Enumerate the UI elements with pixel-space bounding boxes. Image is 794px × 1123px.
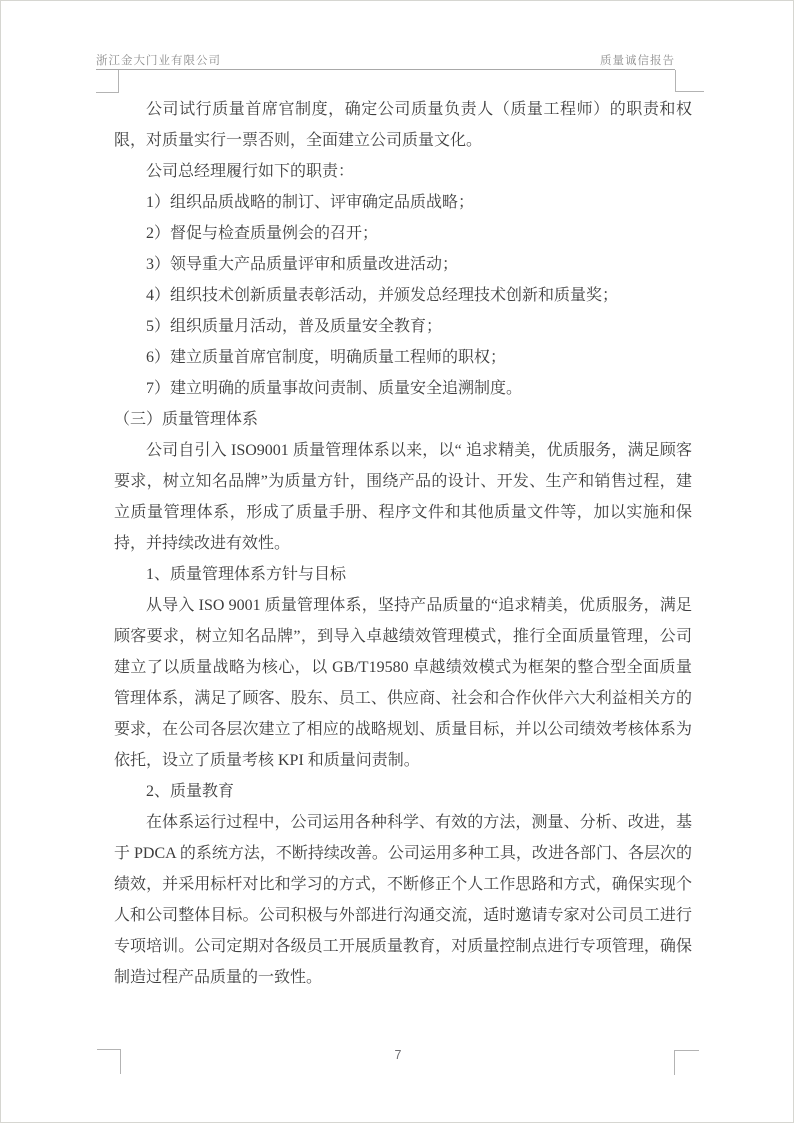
paragraph: 公司自引入 ISO9001 质量管理体系以来，以“ 追求精美，优质服务，满足顾客… xyxy=(114,435,692,559)
paragraph: 公司试行质量首席官制度，确定公司质量负责人（质量工程师）的职责和权限，对质量实行… xyxy=(114,94,692,156)
list-item: 1）组织品质战略的制订、评审确定品质战略； xyxy=(114,187,692,218)
header-company-name: 浙江金大门业有限公司 xyxy=(96,52,221,68)
document-page: 浙江金大门业有限公司 质量诚信报告 公司试行质量首席官制度，确定公司质量负责人（… xyxy=(0,0,794,1123)
list-item: 2）督促与检查质量例会的召开； xyxy=(114,218,692,249)
page-header: 浙江金大门业有限公司 质量诚信报告 xyxy=(96,52,675,68)
crop-mark-top-right xyxy=(675,70,676,92)
subsection-heading: 2、质量教育 xyxy=(114,776,692,807)
header-rule xyxy=(96,69,675,70)
crop-mark-top-right xyxy=(675,91,704,92)
paragraph: 在体系运行过程中，公司运用各种科学、有效的方法，测量、分析、改进，基于 PDCA… xyxy=(114,807,692,993)
page-number: 7 xyxy=(395,1048,402,1062)
list-item: 4）组织技术创新质量表彰活动，并颁发总经理技术创新和质量奖； xyxy=(114,280,692,311)
paragraph: 公司总经理履行如下的职责： xyxy=(114,156,692,187)
list-item: 3）领导重大产品质量评审和质量改进活动； xyxy=(114,249,692,280)
paragraph: 从导入 ISO 9001 质量管理体系，坚持产品质量的“追求精美，优质服务，满足… xyxy=(114,590,692,776)
list-item: 7）建立明确的质量事故问责制、质量安全追溯制度。 xyxy=(114,373,692,404)
header-report-title: 质量诚信报告 xyxy=(600,52,675,68)
crop-mark-top-left xyxy=(118,70,119,93)
list-item: 6）建立质量首席官制度，明确质量工程师的职权； xyxy=(114,342,692,373)
page-footer: 7 xyxy=(1,1048,794,1062)
document-body: 公司试行质量首席官制度，确定公司质量负责人（质量工程师）的职责和权限，对质量实行… xyxy=(114,94,692,993)
subsection-heading: 1、质量管理体系方针与目标 xyxy=(114,559,692,590)
section-heading: （三）质量管理体系 xyxy=(114,404,692,435)
list-item: 5）组织质量月活动，普及质量安全教育； xyxy=(114,311,692,342)
crop-mark-top-left xyxy=(96,92,119,93)
